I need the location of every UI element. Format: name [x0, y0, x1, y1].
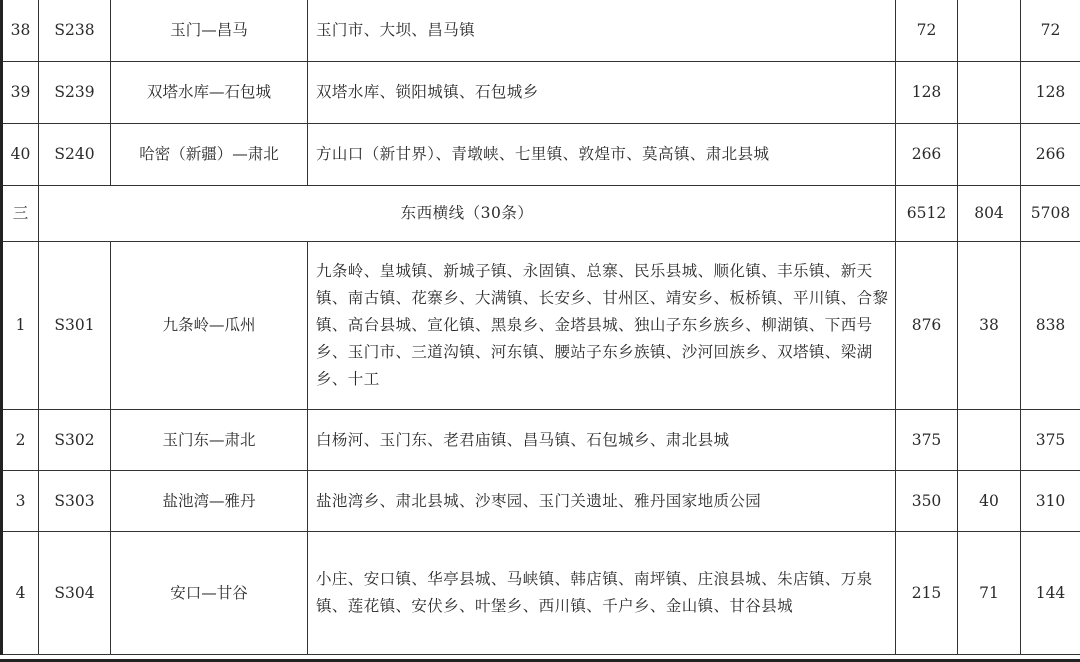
row-index: 38 [2, 0, 39, 62]
route-name: 哈密（新疆）—肃北 [111, 124, 308, 186]
route-towns: 玉门市、大坝、昌马镇 [308, 0, 896, 62]
length-col3: 838 [1021, 242, 1080, 410]
section-col3: 5708 [1021, 186, 1080, 242]
route-towns: 盐池湾乡、肃北县城、沙枣园、玉门关遗址、雅丹国家地质公园 [308, 471, 896, 532]
total-length: 876 [896, 242, 958, 410]
route-towns: 双塔水库、锁阳城镇、石包城乡 [308, 62, 896, 124]
total-length: 72 [896, 0, 958, 62]
section-header-row: 三 东西横线（30条） 6512 804 5708 [2, 186, 1080, 242]
road-code: S240 [39, 124, 111, 186]
length-col3: 375 [1021, 410, 1080, 471]
row-index: 39 [2, 62, 39, 124]
length-col2 [958, 62, 1021, 124]
table-row: 4 S304 安口—甘谷 小庄、安口镇、华亭县城、马峡镇、韩店镇、南坪镇、庄浪县… [2, 532, 1080, 655]
table-row: 38 S238 玉门—昌马 玉门市、大坝、昌马镇 72 72 [2, 0, 1080, 62]
section-title: 东西横线（30条） [39, 186, 896, 242]
road-code: S304 [39, 532, 111, 655]
section-col2: 804 [958, 186, 1021, 242]
route-name: 九条岭—瓜州 [111, 242, 308, 410]
total-length: 375 [896, 410, 958, 471]
route-name: 双塔水库—石包城 [111, 62, 308, 124]
route-name: 安口—甘谷 [111, 532, 308, 655]
route-towns: 白杨河、玉门东、老君庙镇、昌马镇、石包城乡、肃北县城 [308, 410, 896, 471]
row-index: 2 [2, 410, 39, 471]
row-index: 4 [2, 532, 39, 655]
table-row: 1 S301 九条岭—瓜州 九条岭、皇城镇、新城子镇、永固镇、总寨、民乐县城、顺… [2, 242, 1080, 410]
road-code: S302 [39, 410, 111, 471]
total-length: 128 [896, 62, 958, 124]
length-col3: 310 [1021, 471, 1080, 532]
route-towns: 方山口（新甘界）、青墩峡、七里镇、敦煌市、莫高镇、肃北县城 [308, 124, 896, 186]
route-name: 玉门东—肃北 [111, 410, 308, 471]
route-towns: 九条岭、皇城镇、新城子镇、永固镇、总寨、民乐县城、顺化镇、丰乐镇、新天镇、南古镇… [308, 242, 896, 410]
road-code: S301 [39, 242, 111, 410]
total-length: 350 [896, 471, 958, 532]
length-col3: 72 [1021, 0, 1080, 62]
table-row: 2 S302 玉门东—肃北 白杨河、玉门东、老君庙镇、昌马镇、石包城乡、肃北县城… [2, 410, 1080, 471]
table-row: 40 S240 哈密（新疆）—肃北 方山口（新甘界）、青墩峡、七里镇、敦煌市、莫… [2, 124, 1080, 186]
row-index: 40 [2, 124, 39, 186]
length-col3: 128 [1021, 62, 1080, 124]
route-name: 盐池湾—雅丹 [111, 471, 308, 532]
route-towns: 小庄、安口镇、华亭县城、马峡镇、韩店镇、南坪镇、庄浪县城、朱店镇、万泉镇、莲花镇… [308, 532, 896, 655]
length-col3: 144 [1021, 532, 1080, 655]
road-code: S239 [39, 62, 111, 124]
row-index: 3 [2, 471, 39, 532]
total-length: 215 [896, 532, 958, 655]
length-col2: 40 [958, 471, 1021, 532]
length-col2: 38 [958, 242, 1021, 410]
length-col2 [958, 410, 1021, 471]
road-code: S303 [39, 471, 111, 532]
length-col2: 71 [958, 532, 1021, 655]
total-length: 266 [896, 124, 958, 186]
section-total: 6512 [896, 186, 958, 242]
road-code: S238 [39, 0, 111, 62]
length-col2 [958, 124, 1021, 186]
section-index: 三 [2, 186, 39, 242]
route-name: 玉门—昌马 [111, 0, 308, 62]
length-col2 [958, 0, 1021, 62]
table-row: 39 S239 双塔水库—石包城 双塔水库、锁阳城镇、石包城乡 128 128 [2, 62, 1080, 124]
row-index: 1 [2, 242, 39, 410]
length-col3: 266 [1021, 124, 1080, 186]
road-table: 38 S238 玉门—昌马 玉门市、大坝、昌马镇 72 72 39 S239 双… [0, 0, 1080, 655]
table-row: 3 S303 盐池湾—雅丹 盐池湾乡、肃北县城、沙枣园、玉门关遗址、雅丹国家地质… [2, 471, 1080, 532]
